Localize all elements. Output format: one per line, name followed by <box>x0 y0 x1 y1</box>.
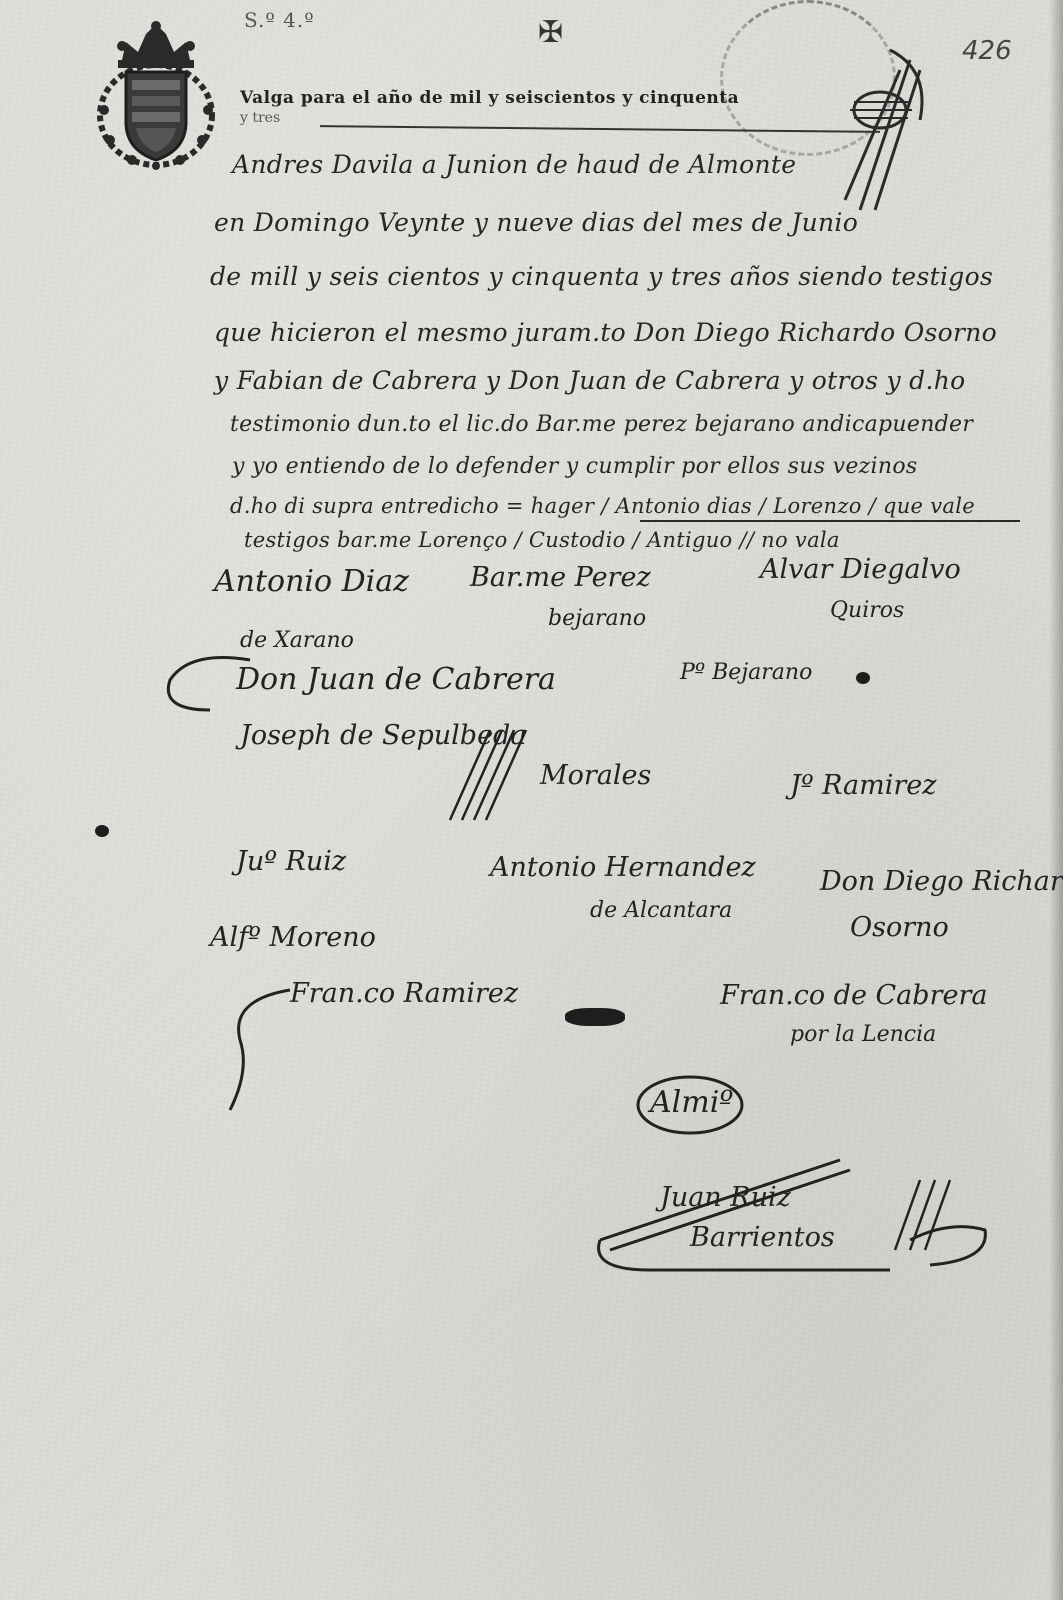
signature-flourish <box>210 980 330 1120</box>
printed-header-line1: Valga para el año de mil y seiscientos y… <box>240 88 739 108</box>
signature-note: por la Lencia <box>790 1022 936 1047</box>
body-line: d.ho di supra entredicho = hager / Anton… <box>230 494 975 518</box>
signature: Don Diego Richardo <box>820 866 1063 897</box>
ink-blot <box>95 825 109 837</box>
signature-note: bejarano <box>548 606 646 631</box>
signature-rubric <box>440 720 560 830</box>
coat-of-arms-stamp-icon <box>92 20 220 170</box>
body-line: en Domingo Veynte y nueve dias del mes d… <box>214 208 858 237</box>
signature-flourish <box>590 1140 1010 1300</box>
folio-number: 426 <box>962 36 1012 66</box>
signature-note: de Alcantara <box>590 898 732 923</box>
body-line: que hicieron el mesmo juram.to Don Diego… <box>214 318 997 347</box>
signature-note: Osorno <box>850 912 949 943</box>
signature-note: Quiros <box>830 598 904 623</box>
closing-rule <box>640 520 1020 522</box>
ink-blot <box>565 1008 625 1026</box>
signature: Juan Ruiz <box>660 1182 791 1213</box>
signature: Antonio Diaz <box>214 564 409 599</box>
body-line: y yo entiendo de lo defender y cumplir p… <box>232 454 918 479</box>
body-line: Andres Davila a Junion de haud de Almont… <box>232 150 796 179</box>
signature: Don Juan de Cabrera <box>236 662 556 697</box>
signature: Juº Ruiz <box>236 846 346 877</box>
body-line: testigos bar.me Lorenço / Custodio / Ant… <box>244 528 840 552</box>
signature: Fran.co de Cabrera <box>720 980 987 1011</box>
ink-blot <box>856 672 870 684</box>
notary-rubric-flourish <box>820 40 940 220</box>
stamp-class-label: S.º 4.º <box>244 8 315 32</box>
signature: Alvar Diegalvo <box>760 554 961 585</box>
signature: Pº Bejarano <box>680 660 812 685</box>
signature-note: Barrientos <box>690 1222 835 1253</box>
cross-fleury-icon: ✠ <box>538 18 563 48</box>
body-line: testimonio dun.to el lic.do Bar.me perez… <box>230 412 973 437</box>
page-edge-shadow <box>1049 0 1063 1600</box>
body-line: de mill y seis cientos y cinquenta y tre… <box>210 262 993 291</box>
printed-header-line2: y tres <box>240 110 280 126</box>
signature: Almiº <box>650 1085 733 1120</box>
signature: Jº Ramirez <box>790 770 937 801</box>
signature: Alfº Moreno <box>210 922 376 953</box>
body-line: y Fabian de Cabrera y Don Juan de Cabrer… <box>214 366 965 395</box>
manuscript-page: S.º 4.º ✠ 426 Valga para el año de mil y… <box>0 0 1063 1600</box>
signature: Antonio Hernandez <box>490 852 756 883</box>
signature: Bar.me Perez <box>470 562 651 593</box>
